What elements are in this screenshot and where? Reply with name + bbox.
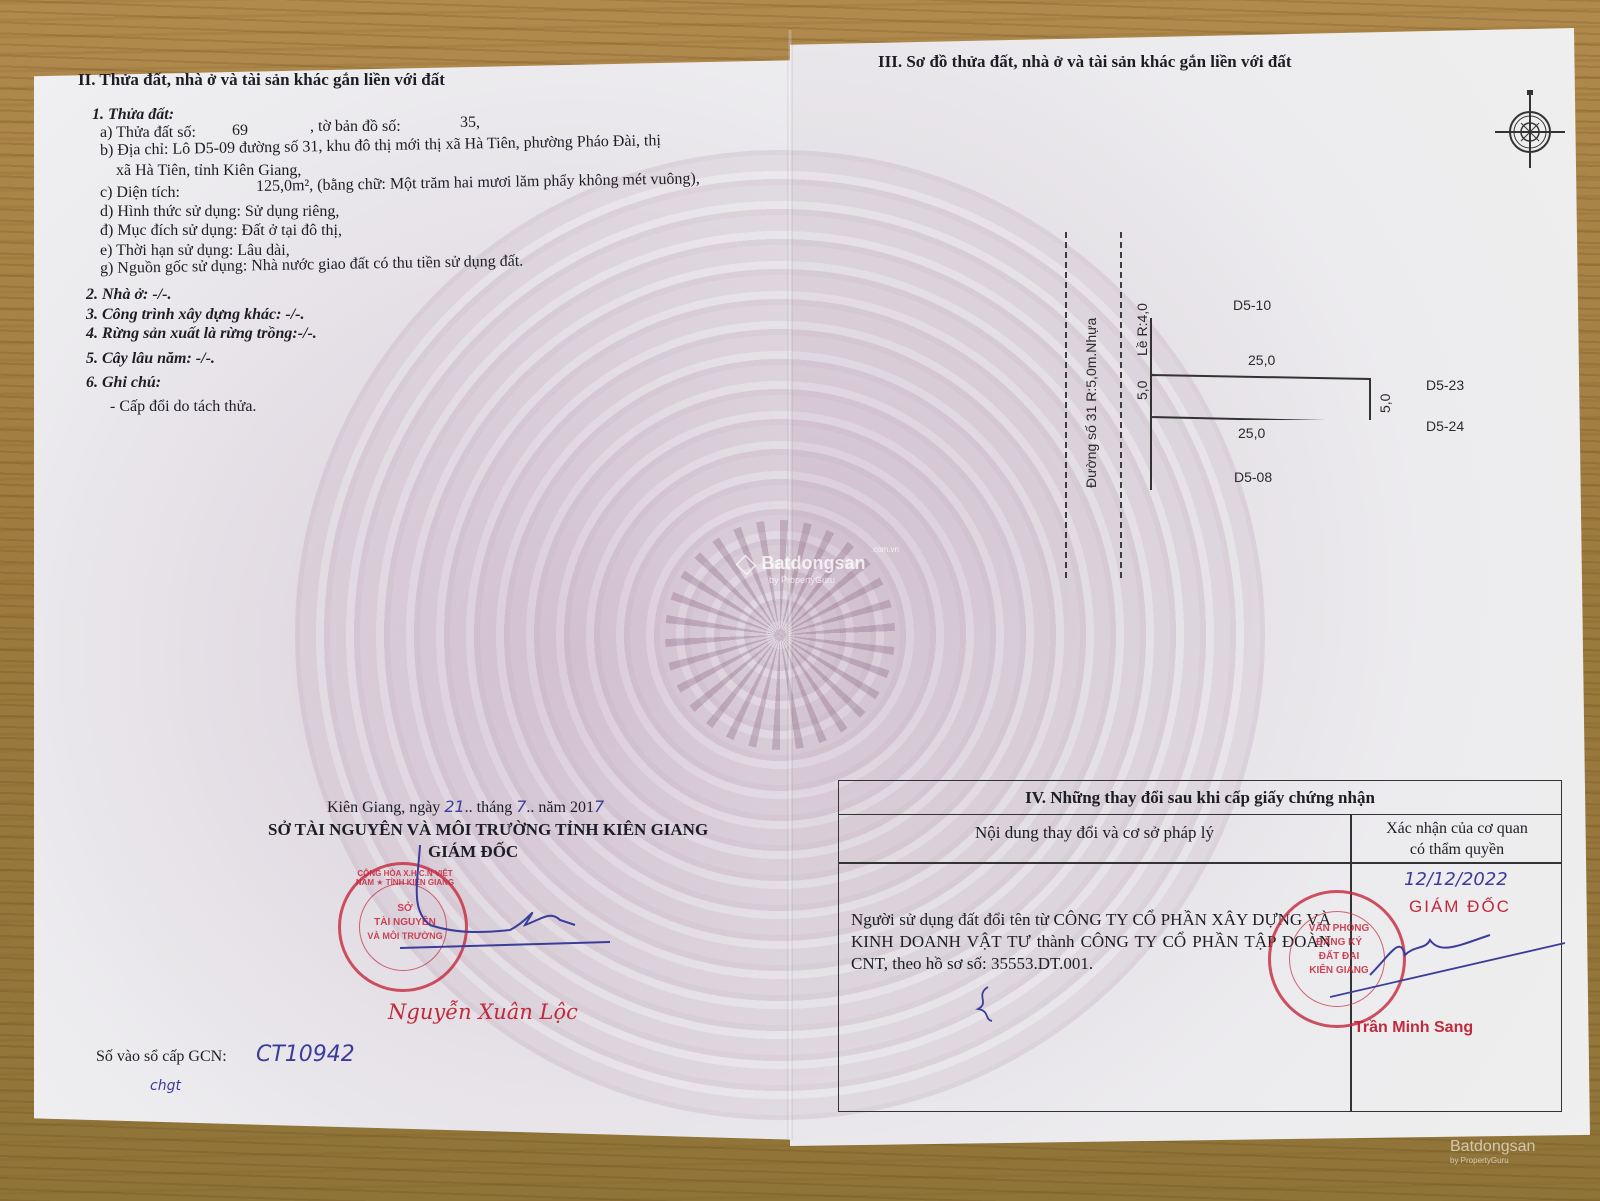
confirmation-title: GIÁM ĐỐC [1409,897,1511,917]
parcel-number-label: a) Thửa đất số: [100,124,196,142]
date-month: 7 [516,797,526,816]
col-confirmation-header: Xác nhận của cơ quan có thẩm quyền [1352,818,1562,860]
bottom-length-label: 25,0 [1238,425,1265,441]
map-sheet-value: 35, [460,114,480,132]
date-prefix: Kiên Giang, ngày [327,799,440,816]
col-change-content-header: Nội dung thay đổi và cơ sở pháp lý [839,823,1350,843]
watermark-domain: .com.vn [871,545,899,554]
section-ii-title: II. Thửa đất, nhà ở và tài sản khác gắn … [78,70,445,90]
date-year-digit: 7 [594,797,604,816]
page-fold [787,30,793,1140]
watermark-corner: Batdongsan by PropertyGuru [1450,1138,1535,1165]
director-name: Nguyễn Xuân Lộc [388,1000,578,1024]
watermark-corner-brand: Batdongsan [1450,1138,1535,1155]
notes-text: - Cấp đổi do tách thửa. [110,398,256,416]
changes-table-title: IV. Những thay đổi sau khi cấp giấy chứn… [839,781,1561,815]
neighbor-d5-10: D5-10 [1233,297,1271,313]
watermark-brand: Batdongsan [761,553,865,573]
other-construction-item: 3. Công trình xây dựng khác: -/-. [86,306,305,324]
issue-date-line: Kiên Giang, ngày 21.. tháng 7.. năm 2017 [327,797,604,817]
perennial-trees-item: 5. Cây lâu năm: -/-. [86,350,215,368]
confirmation-date: 12/12/2022 [1404,869,1508,890]
neighbor-d5-24: D5-24 [1426,418,1464,434]
watermark-corner-by: by PropertyGuru [1450,1156,1535,1165]
section-iii-title: III. Sơ đồ thửa đất, nhà ở và tài sản kh… [878,52,1292,72]
parcel-subtitle: 1. Thửa đất: [92,106,174,124]
registry-label: Số vào sổ cấp GCN: [96,1048,227,1066]
change-entry-text: Người sử dụng đất đổi tên từ CÔNG TY CỔ … [851,909,1331,975]
house-item: 2. Nhà ở: -/-. [86,286,171,304]
confirmation-signature [1330,925,1570,1005]
area-label: c) Diện tích: [100,184,180,202]
issuing-authority: SỞ TÀI NGUYÊN VÀ MÔI TRƯỜNG TỈNH KIÊN GI… [268,820,708,840]
north-compass-icon [1495,90,1565,170]
date-day: 21 [444,797,464,816]
registry-initials: chgt [150,1078,181,1094]
parcel-number-value: 69 [232,122,248,140]
date-year-label: .. năm 201 [526,799,594,816]
registry-number: CT10942 [256,1042,355,1067]
neighbor-d5-23: D5-23 [1426,377,1464,393]
usage-form: d) Hình thức sử dụng: Sử dụng riêng, [100,203,339,221]
director-signature [400,840,630,970]
notes-title: 6. Ghi chú: [86,374,161,392]
planted-forest-item: 4. Rừng sản xuất là rừng trồng:-/-. [86,325,317,343]
road-edge-left [1065,232,1067,578]
change-entry-initials [960,985,1010,1025]
rear-width-label: 5,0 [1377,394,1393,413]
watermark-by: by PropertyGuru [769,575,835,585]
date-month-label: .. tháng [465,799,513,816]
top-length-label: 25,0 [1248,352,1275,368]
road-label: Đường số 31 R:5,0m.Nhựa [1083,318,1099,488]
sidewalk-label: Lề R:4,0 [1134,303,1150,356]
map-sheet-label: , tờ bản đồ số: [310,118,401,136]
parcel-boundary [1150,370,1380,420]
usage-purpose: đ) Mục đích sử dụng: Đất ở tại đô thị, [100,222,342,240]
neighbor-d5-08: D5-08 [1234,469,1272,485]
road-edge-right [1120,232,1122,578]
front-width-label: 5,0 [1134,381,1150,400]
confirmation-signer: Trần Minh Sang [1354,1019,1473,1037]
watermark-logo-icon [736,554,757,575]
watermark-center: Batdongsan .com.vn by PropertyGuru [735,553,865,575]
